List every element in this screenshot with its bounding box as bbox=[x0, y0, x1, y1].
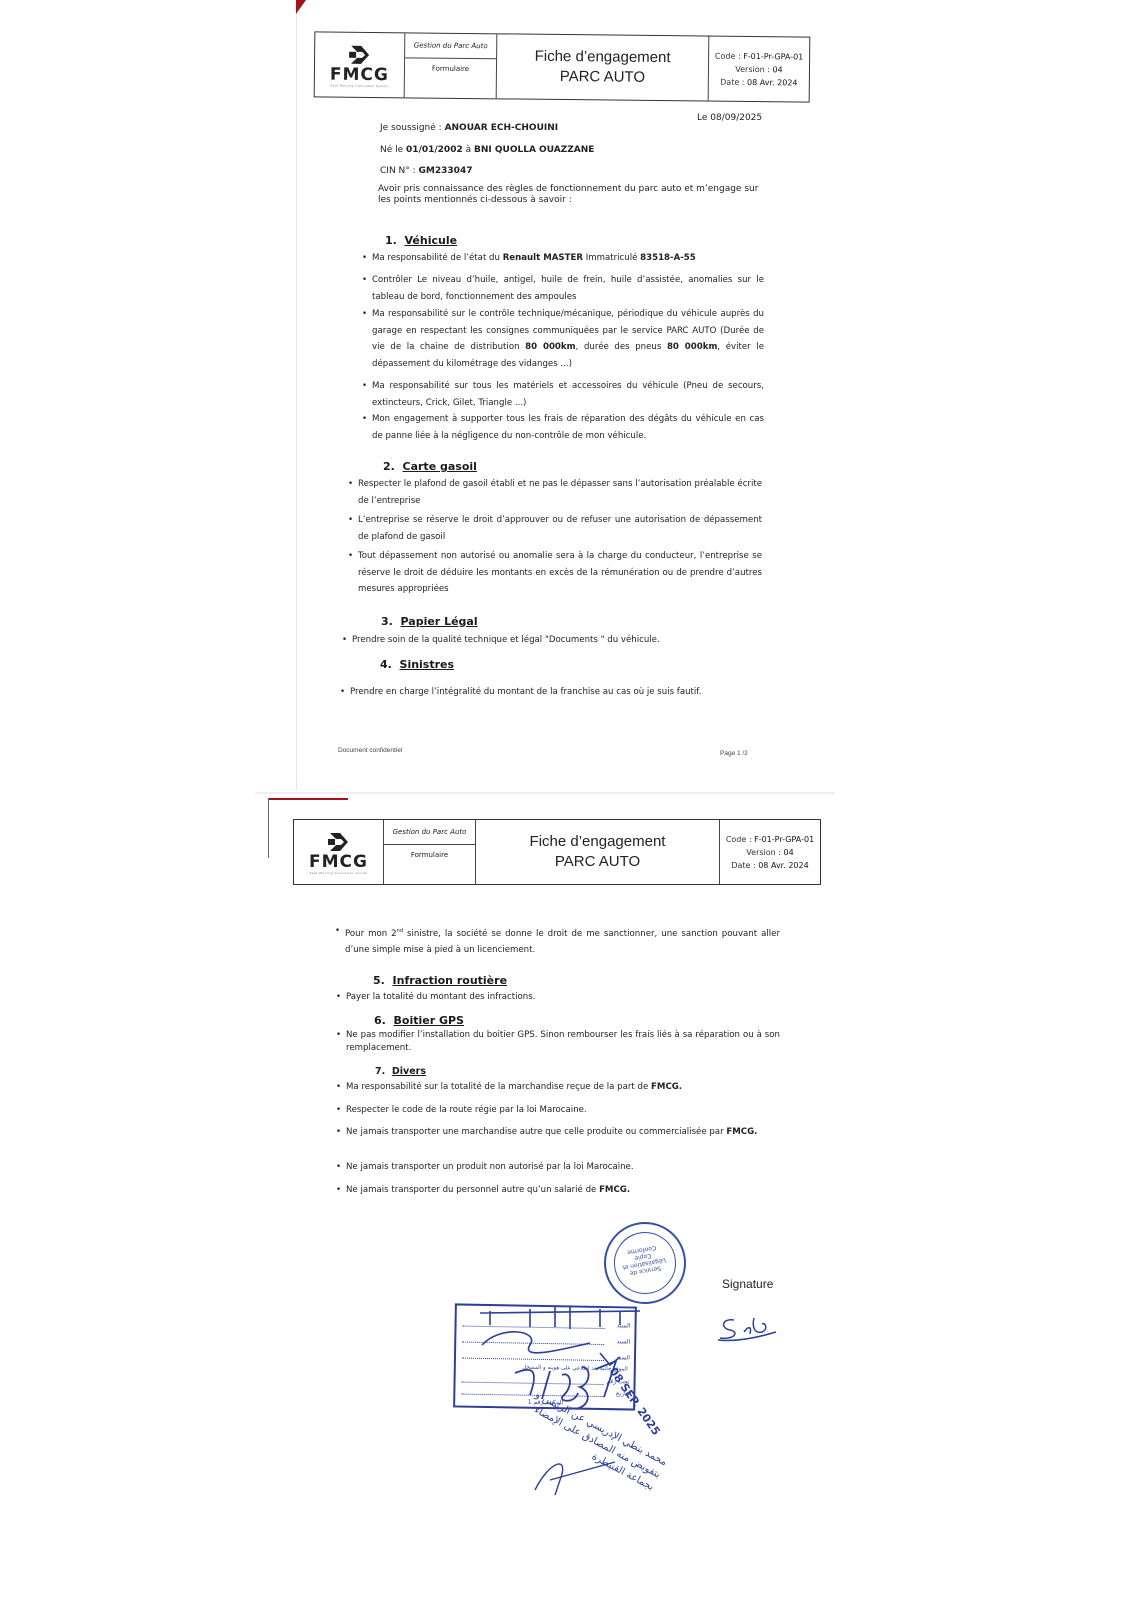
section-heading-papier-legal: 3. Papier Légal bbox=[381, 615, 478, 628]
section-heading-carte-gasoil: 2. Carte gasoil bbox=[383, 460, 477, 473]
km-value: 80 000km bbox=[667, 342, 717, 352]
soussigne-line: Je soussigné : ANOUAR ECH-CHOUINI bbox=[380, 120, 558, 137]
km-value: 80 000km bbox=[525, 342, 575, 352]
section-title: Véhicule bbox=[405, 234, 458, 247]
page-number: Page 1 /2 bbox=[720, 750, 748, 757]
list-item: Prendre soin de la qualité technique et … bbox=[352, 632, 762, 649]
logo-text: FMCG bbox=[309, 853, 368, 871]
section-number: 5. bbox=[373, 974, 385, 987]
birth-sep: à bbox=[466, 145, 472, 155]
doc-type-label: Formulaire bbox=[405, 58, 496, 98]
cin-line: CIN N° : GM233047 bbox=[380, 163, 472, 180]
section-heading-vehicule: 1. Véhicule bbox=[385, 234, 457, 247]
section-title: Carte gasoil bbox=[403, 460, 477, 473]
logo-arrow-icon bbox=[347, 44, 373, 66]
section-number: 4. bbox=[380, 658, 392, 671]
list-item: Payer la totalité du montant des infract… bbox=[346, 989, 780, 1006]
logo-text: FMCG bbox=[330, 66, 389, 85]
red-edge-mark bbox=[268, 798, 348, 800]
employee-signature bbox=[716, 1312, 780, 1344]
birth-place: BNI QUOLLA OUAZZANE bbox=[474, 145, 594, 155]
section-number: 6. bbox=[374, 1014, 386, 1027]
version-label: Version : bbox=[746, 848, 781, 857]
soussigne-label: Je soussigné : bbox=[380, 123, 442, 133]
birth-date: 01/01/2002 bbox=[406, 145, 463, 155]
title-line-1: Fiche d’engagement bbox=[530, 832, 666, 852]
list-item: L’entreprise se réserve le droit d’appro… bbox=[358, 512, 762, 545]
intro-paragraph: Avoir pris connaissance des règles de fo… bbox=[378, 184, 766, 206]
list-item: Contrôler Le niveau d’huile, antigel, hu… bbox=[372, 272, 764, 305]
item-text: Ne jamais transporter du personnel autre… bbox=[346, 1185, 599, 1195]
item-text: Ne jamais transporter une marchandise au… bbox=[346, 1127, 726, 1137]
section-heading-infraction: 5. Infraction routière bbox=[373, 974, 507, 987]
version-value: 04 bbox=[784, 848, 794, 857]
company-name: FMCG. bbox=[651, 1082, 682, 1092]
officer-signature bbox=[530, 1450, 620, 1500]
company-name: FMCG. bbox=[726, 1127, 757, 1137]
section-title: Divers bbox=[392, 1066, 426, 1077]
title-line-1: Fiche d’engagement bbox=[535, 47, 671, 68]
item-text: sinistre, la société se donne le droit d… bbox=[345, 929, 780, 956]
list-item: Ne jamais transporter une marchandise au… bbox=[346, 1126, 780, 1138]
department-label: Gestion du Parc Auto bbox=[384, 820, 475, 845]
company-logo: FMCG Fast Moving Consumer Goods bbox=[294, 820, 384, 884]
stamp-text: Service de Légalisation et Copie Conform… bbox=[617, 1242, 669, 1278]
scan-divider bbox=[255, 792, 835, 794]
header-table-page-1: FMCG Fast Moving Consumer Goods Gestion … bbox=[314, 31, 811, 102]
code-label: Code : bbox=[726, 835, 752, 844]
red-corner-mark bbox=[296, 0, 306, 14]
code-label: Code : bbox=[715, 51, 741, 60]
employee-name: ANOUAR ECH-CHOUINI bbox=[445, 123, 559, 133]
list-item: Ne jamais transporter un produit non aut… bbox=[346, 1159, 780, 1176]
date-label: Date : bbox=[731, 861, 755, 870]
list-item: Ma responsabilité de l’état du Renault M… bbox=[372, 250, 764, 267]
date-value: 08 Avr. 2024 bbox=[758, 861, 808, 870]
page-edge bbox=[268, 798, 269, 858]
logo-tagline: Fast Moving Consumer Goods bbox=[310, 871, 368, 875]
item-text: Ma responsabilité de l’état du bbox=[372, 253, 503, 263]
company-name: FMCG. bbox=[599, 1185, 630, 1195]
signature-label: Signature bbox=[722, 1277, 773, 1291]
vehicle-plate: 83518-A-55 bbox=[640, 253, 696, 263]
version-value: 04 bbox=[772, 65, 782, 74]
section-number: 1. bbox=[385, 234, 397, 247]
version-label: Version : bbox=[735, 64, 770, 73]
document-title: Fiche d’engagement PARC AUTO bbox=[497, 34, 710, 100]
logo-tagline: Fast Moving Consumer Goods bbox=[331, 84, 389, 89]
date-value: 08 Avr. 2024 bbox=[747, 77, 798, 87]
cin-value: GM233047 bbox=[419, 166, 473, 176]
title-line-2: PARC AUTO bbox=[560, 67, 646, 88]
section-title: Boitier GPS bbox=[394, 1014, 464, 1027]
department-label: Gestion du Parc Auto bbox=[405, 33, 496, 59]
code-value: F-01-Pr-GPA-01 bbox=[743, 51, 803, 61]
item-text: Pour mon 2 bbox=[345, 929, 397, 939]
header-table-page-2: FMCG Fast Moving Consumer Goods Gestion … bbox=[293, 819, 821, 885]
list-item: Respecter le code de la route régie par … bbox=[346, 1102, 780, 1119]
item-text: Immatriculé bbox=[583, 253, 640, 263]
list-item: Mon engagement à supporter tous les frai… bbox=[372, 411, 764, 444]
title-line-2: PARC AUTO bbox=[555, 852, 640, 872]
list-item: Prendre en charge l’intégralité du monta… bbox=[350, 684, 762, 701]
list-item: Ma responsabilité sur le contrôle techni… bbox=[372, 306, 764, 372]
section-number: 3. bbox=[381, 615, 393, 628]
cin-label: CIN N° : bbox=[380, 166, 416, 176]
list-item: Tout dépassement non autorisé ou anomali… bbox=[358, 548, 762, 598]
birth-line: Né le 01/01/2002 à BNI QUOLLA OUAZZANE bbox=[380, 142, 594, 159]
section-heading-boitier-gps: 6. Boitier GPS bbox=[374, 1014, 464, 1027]
list-item: Pour mon 2nd sinistre, la société se don… bbox=[345, 923, 780, 959]
list-item: Ma responsabilité sur la totalité de la … bbox=[346, 1079, 780, 1096]
section-heading-sinistres: 4. Sinistres bbox=[380, 658, 454, 671]
birth-label: Né le bbox=[380, 145, 403, 155]
footer-confidential: Document confidentiel bbox=[338, 747, 402, 754]
list-item: Ne jamais transporter du personnel autre… bbox=[346, 1182, 780, 1199]
section-title: Sinistres bbox=[400, 658, 455, 671]
document-meta: Code : F-01-Pr-GPA-01 Version : 04 Date … bbox=[720, 820, 820, 884]
document-meta: Code : F-01-Pr-GPA-01 Version : 04 Date … bbox=[709, 37, 810, 102]
list-item: Respecter le plafond de gasoil établi et… bbox=[358, 476, 762, 509]
section-title: Papier Légal bbox=[401, 615, 478, 628]
item-text: , durée des pneus bbox=[576, 342, 667, 352]
code-value: F-01-Pr-GPA-01 bbox=[754, 835, 814, 844]
signing-date: Le 08/09/2025 bbox=[697, 110, 762, 127]
logo-arrow-icon bbox=[326, 831, 352, 853]
handwritten-annotation bbox=[470, 1305, 650, 1415]
list-item: Ne pas modifier l’installation du boitie… bbox=[346, 1029, 780, 1055]
document-title: Fiche d’engagement PARC AUTO bbox=[476, 820, 720, 884]
company-logo: FMCG Fast Moving Consumer Goods bbox=[315, 32, 406, 97]
vehicle-model: Renault MASTER bbox=[503, 253, 583, 263]
item-text: Ma responsabilité sur la totalité de la … bbox=[346, 1082, 651, 1092]
date-label: Date : bbox=[720, 77, 744, 86]
list-item: Ma responsabilité sur tous les matériels… bbox=[372, 378, 764, 411]
section-number: 2. bbox=[383, 460, 395, 473]
section-number: 7. bbox=[375, 1066, 385, 1077]
section-title: Infraction routière bbox=[393, 974, 508, 987]
section-heading-divers: 7. Divers bbox=[375, 1066, 426, 1077]
doc-type-label: Formulaire bbox=[384, 845, 475, 884]
